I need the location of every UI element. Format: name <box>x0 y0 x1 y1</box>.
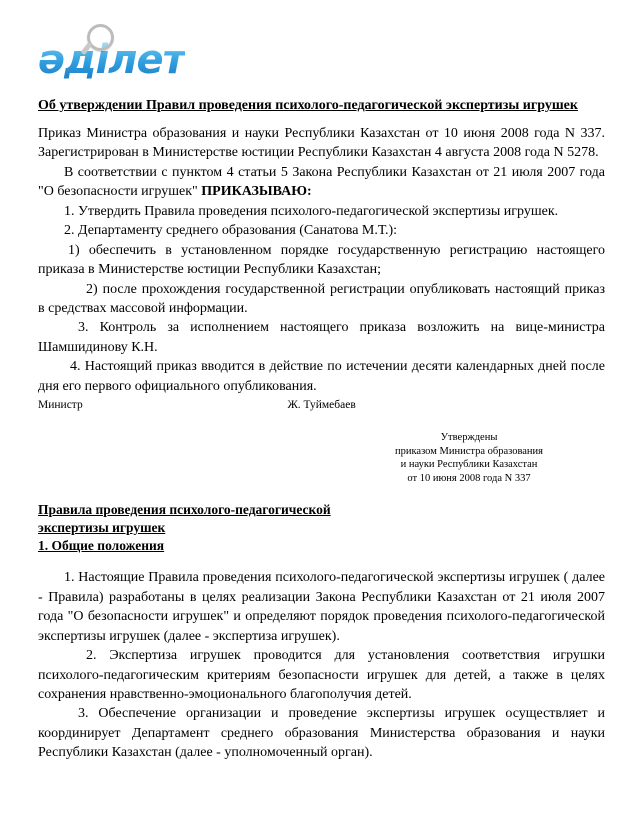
order-item-4: 4. Настоящий приказ вводится в действие … <box>38 357 605 396</box>
adilet-logo[interactable]: әділет <box>38 36 185 84</box>
approval-line-3: и науки Республики Казахстан <box>333 458 605 472</box>
rules-paragraph-3: 3. Обеспечение организации и проведение … <box>38 704 605 762</box>
signature-role: Министр <box>38 399 83 411</box>
approval-line-1: Утверждены <box>333 431 605 445</box>
order-item-3: 3. Контроль за исполнением настоящего пр… <box>38 318 605 357</box>
rules-section-heading: 1. Общие положения <box>38 537 605 555</box>
rules-heading-block: Правила проведения психолого-педагогичес… <box>38 501 605 555</box>
logo-text-end: лет <box>108 37 185 83</box>
preamble-text: В соответствии с пунктом 4 статьи 5 Зако… <box>38 165 605 199</box>
document-title: Об утверждении Правил проведения психоло… <box>38 97 605 116</box>
order-item-1: 1. Утвердить Правила проведения психолог… <box>38 202 605 221</box>
approval-line-4: от 10 июня 2008 года N 337 <box>333 472 605 486</box>
signature-row: Министр Ж. Туймебаев <box>38 398 605 413</box>
rules-body: 1. Настоящие Правила проведения психолог… <box>38 568 605 763</box>
rules-heading-line-1: Правила проведения психолого-педагогичес… <box>38 501 605 519</box>
order-subitem-1: 1) обеспечить в установленном порядке го… <box>38 241 605 280</box>
approval-block: Утверждены приказом Министра образования… <box>333 431 605 485</box>
order-subitem-2: 2) после прохождения государственной рег… <box>38 280 605 319</box>
rules-paragraph-1: 1. Настоящие Правила проведения психолог… <box>38 568 605 646</box>
document-page: әділет Об утверждении Правил проведения … <box>0 0 640 763</box>
order-preamble: В соответствии с пунктом 4 статьи 5 Зако… <box>38 163 605 202</box>
order-item-2: 2. Департаменту среднего образования (Са… <box>38 221 605 240</box>
logo-magnifier-icon: і <box>95 36 108 84</box>
rules-paragraph-2: 2. Экспертиза игрушек проводится для уст… <box>38 646 605 704</box>
prikazyvayu-label: ПРИКАЗЫВАЮ: <box>201 184 311 199</box>
approval-line-2: приказом Министра образования <box>333 445 605 459</box>
rules-heading-line-2: экспертизы игрушек <box>38 519 605 537</box>
signature-name: Ж. Туймебаев <box>287 398 355 413</box>
order-intro: Приказ Министра образования и науки Респ… <box>38 124 605 163</box>
